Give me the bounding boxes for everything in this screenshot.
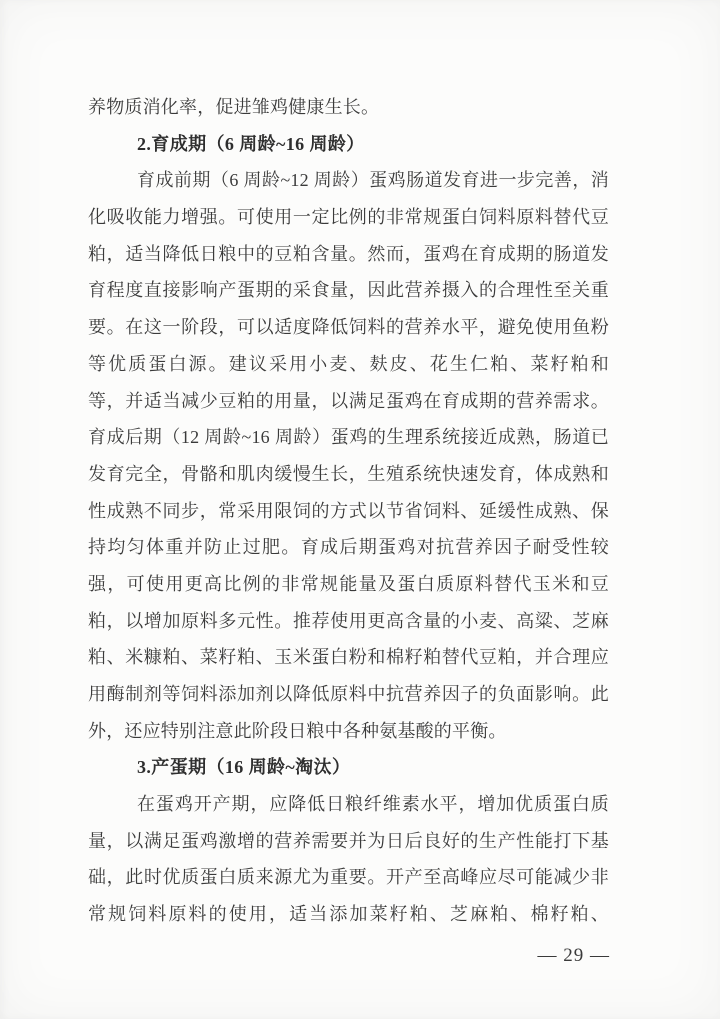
text-line: 粕，以增加原料多元性。推荐使用更高含量的小麦、高粱、芝麻	[88, 603, 609, 640]
text-line: 外，还应特别注意此阶段日粮中各种氨基酸的平衡。	[88, 713, 609, 750]
text-line: 用酶制剂等饲料添加剂以降低原料中抗营养因子的负面影响。此	[88, 676, 609, 713]
text-line: 等，并适当减少豆粕的用量，以满足蛋鸡在育成期的营养需求。	[88, 383, 609, 420]
page-number: — 29 —	[538, 944, 611, 968]
text-line: 粕，适当降低日粮中的豆粕含量。然而，蛋鸡在育成期的肠道发	[88, 236, 609, 273]
text-line: 性成熟不同步，常采用限饲的方式以节省饲料、延缓性成熟、保	[88, 493, 609, 530]
text-line: 育成前期（6 周龄~12 周龄）蛋鸡肠道发育进一步完善，消	[88, 162, 609, 199]
text-block: 养物质消化率，促进雏鸡健康生长。 2.育成期（6 周龄~16 周龄） 育成前期（…	[88, 89, 609, 933]
text-line: 养物质消化率，促进雏鸡健康生长。	[88, 89, 609, 126]
document-page: 养物质消化率，促进雏鸡健康生长。 2.育成期（6 周龄~16 周龄） 育成前期（…	[0, 0, 720, 1019]
heading-laying-period: 3.产蛋期（16 周龄~淘汰）	[88, 749, 609, 786]
text-line: 育成后期（12 周龄~16 周龄）蛋鸡的生理系统接近成熟，肠道已	[88, 419, 609, 456]
text-line: 要。在这一阶段，可以适度降低饲料的营养水平，避免使用鱼粉	[88, 309, 609, 346]
text-line: 在蛋鸡开产期，应降低日粮纤维素水平，增加优质蛋白质含	[88, 786, 609, 823]
text-line: 常规饲料原料的使用，适当添加菜籽粕、芝麻粕、棉籽粕、DDGS	[88, 896, 609, 933]
text-line: 量，以满足蛋鸡激增的营养需要并为日后良好的生产性能打下基	[88, 823, 609, 860]
heading-growing-period: 2.育成期（6 周龄~16 周龄）	[88, 126, 609, 163]
text-line: 发育完全，骨骼和肌肉缓慢生长，生殖系统快速发育，体成熟和	[88, 456, 609, 493]
text-line: 础，此时优质蛋白质来源尤为重要。开产至高峰应尽可能减少非	[88, 859, 609, 896]
text-line: 等优质蛋白源。建议采用小麦、麸皮、花生仁粕、菜籽粕和 DDGS	[88, 346, 609, 383]
text-line: 强，可使用更高比例的非常规能量及蛋白质原料替代玉米和豆	[88, 566, 609, 603]
text-line: 持均匀体重并防止过肥。育成后期蛋鸡对抗营养因子耐受性较	[88, 529, 609, 566]
text-line: 粕、米糠粕、菜籽粕、玉米蛋白粉和棉籽粕替代豆粕，并合理应	[88, 639, 609, 676]
text-line: 化吸收能力增强。可使用一定比例的非常规蛋白饲料原料替代豆	[88, 199, 609, 236]
text-line: 育程度直接影响产蛋期的采食量，因此营养摄入的合理性至关重	[88, 272, 609, 309]
